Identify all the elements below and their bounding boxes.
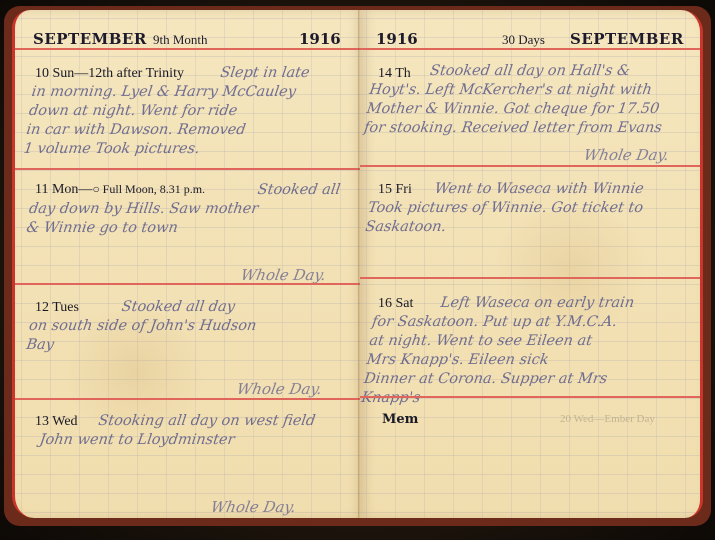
month-title: SEPTEMBER: [570, 30, 684, 48]
year-label: 1916: [299, 30, 341, 48]
whole-day-note-13: Whole Day.: [209, 498, 297, 516]
right-page: 1916 30 Days SEPTEMBER 14 Th Stooked all…: [360, 10, 703, 518]
days-note: 30 Days: [502, 32, 545, 48]
day-divider: [15, 283, 363, 285]
bleed-through-text: 20 Wed—Ember Day: [560, 413, 655, 425]
entry-handwriting-13: Stooking all day on west field John went…: [38, 412, 363, 450]
whole-day-note-12: Whole Day.: [235, 380, 323, 398]
header-rule: [15, 48, 363, 50]
month-title: SEPTEMBER: [33, 30, 147, 48]
entry-handwriting-12: Stooked all day on south side of John's …: [25, 298, 363, 355]
entry-handwriting-11: Stooked all day down by Hills. Saw mothe…: [25, 181, 363, 238]
right-page-header: 1916 30 Days SEPTEMBER: [360, 20, 700, 50]
left-page-header: SEPTEMBER 9th Month 1916: [15, 20, 363, 50]
day-divider: [360, 165, 700, 167]
memo-label: Mem: [382, 412, 418, 427]
day-divider: [15, 168, 363, 170]
entry-handwriting-14: Stooked all day on Hall's & Hoyt's. Left…: [363, 62, 702, 138]
whole-day-note-11: Whole Day.: [239, 266, 327, 284]
entry-handwriting-15: Went to Wasecа with Winnie Took pictures…: [364, 180, 700, 237]
header-rule: [360, 48, 700, 50]
day-divider: [360, 396, 700, 398]
entry-handwriting-10: Slept in late in morning. Lyel & Harry M…: [22, 64, 363, 159]
left-page: SEPTEMBER 9th Month 1916 10 Sun—12th aft…: [12, 10, 363, 518]
year-label: 1916: [376, 30, 418, 48]
day-divider: [15, 398, 363, 400]
month-note: 9th Month: [153, 32, 208, 48]
whole-day-note-14: Whole Day.: [582, 146, 670, 164]
day-divider: [360, 277, 700, 279]
entry-handwriting-16: Left Waseca on early train for Saskatoon…: [360, 294, 703, 408]
